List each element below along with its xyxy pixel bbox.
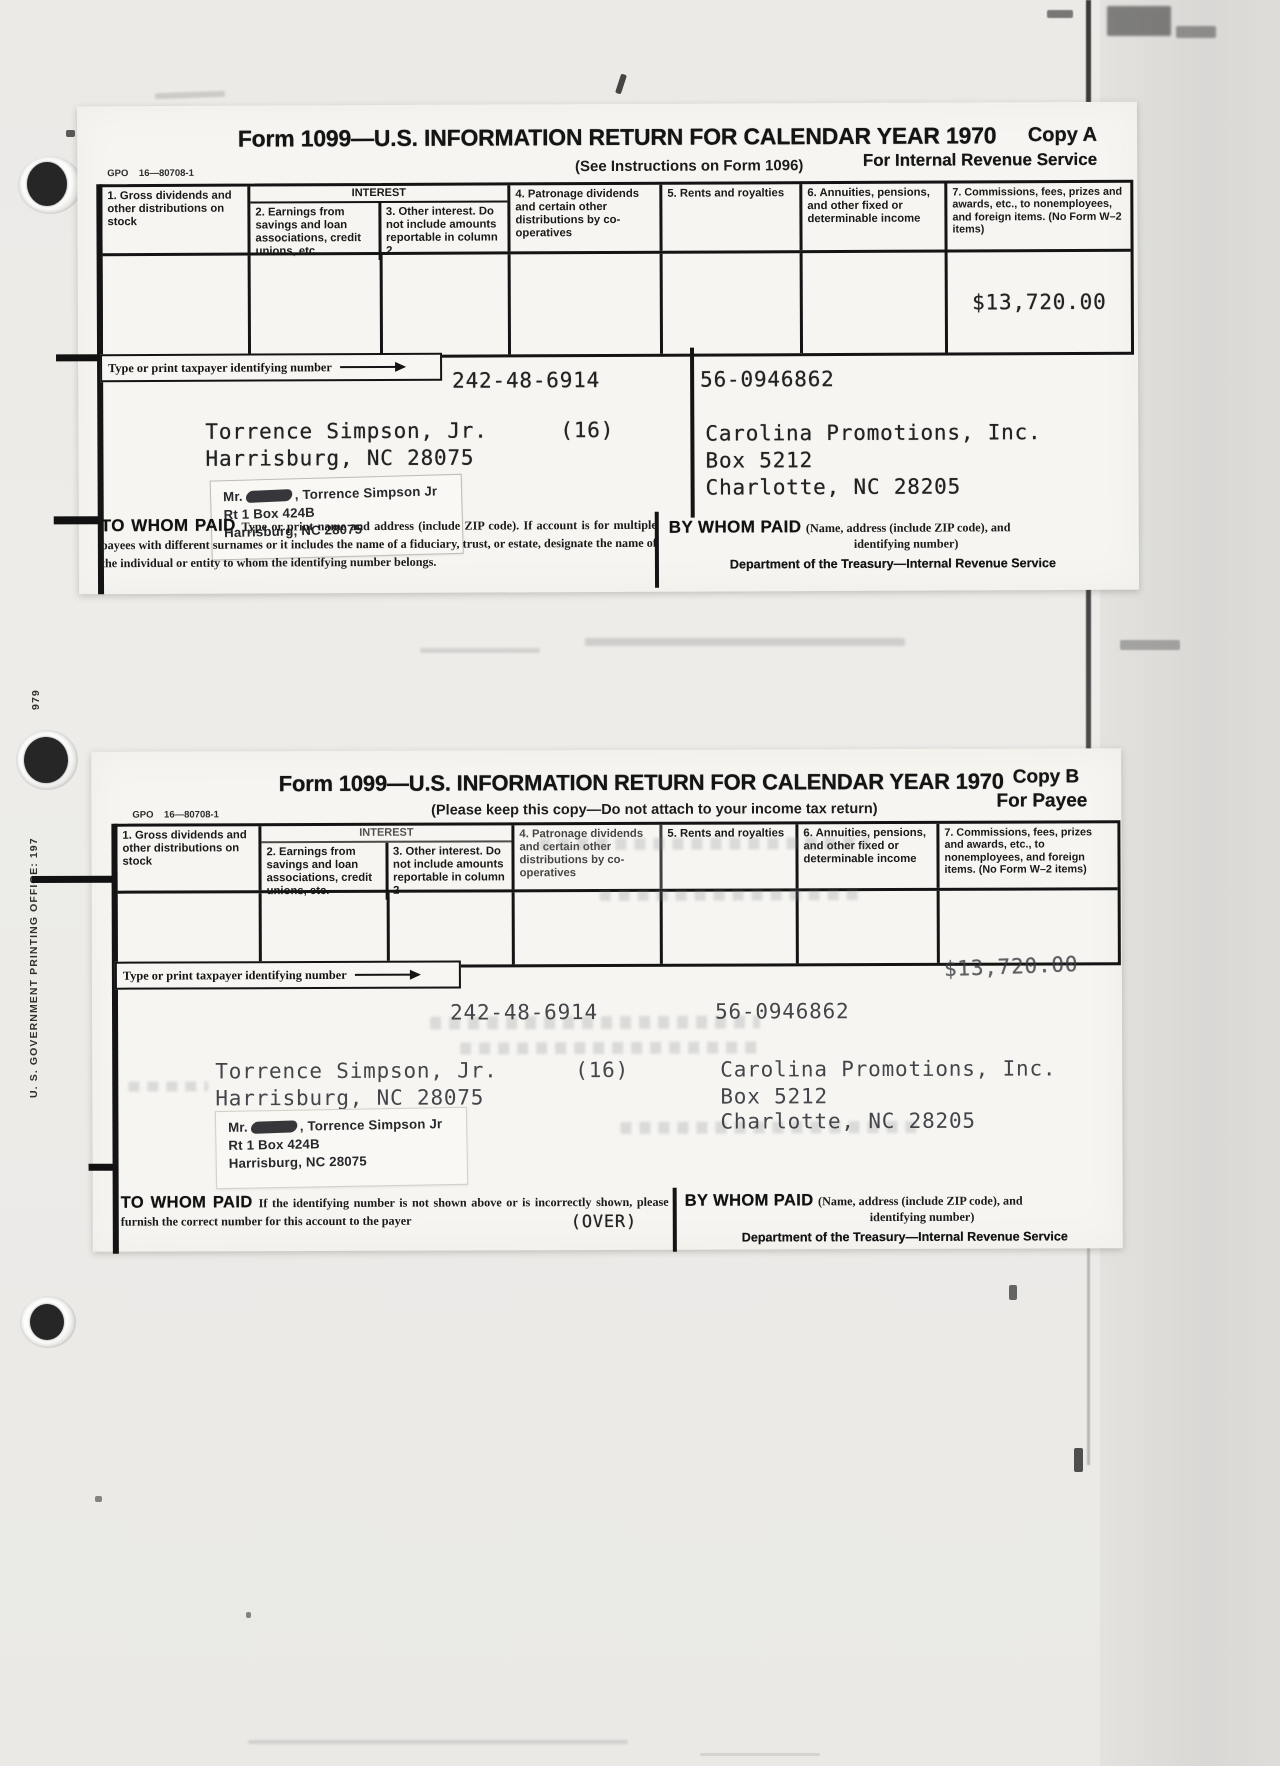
payer-tin: 56-0946862 bbox=[700, 367, 835, 392]
value-cell-5 bbox=[663, 253, 803, 354]
punch-hole bbox=[16, 730, 78, 790]
table-header-row: 1. Gross dividends and other distributio… bbox=[102, 183, 1130, 256]
bleedthrough-text bbox=[460, 1041, 760, 1054]
bleedthrough-text bbox=[600, 889, 860, 901]
interest-group: INTEREST 2. Earnings from savings and lo… bbox=[250, 185, 510, 252]
interest-group-label: INTEREST bbox=[250, 185, 507, 203]
value-cell-5 bbox=[663, 891, 799, 963]
col-gross-dividends: 1. Gross dividends and other distributio… bbox=[102, 187, 250, 254]
col-patronage-dividends: 4. Patronage dividends and certain other… bbox=[510, 185, 662, 252]
col-annuities-pensions: 6. Annuities, pensions, and other fixed … bbox=[802, 184, 947, 251]
bleedthrough-text bbox=[539, 837, 869, 850]
tin-label-box: Type or print taxpayer identifying numbe… bbox=[115, 961, 461, 990]
bleedthrough-text bbox=[128, 1081, 208, 1091]
registration-tick bbox=[89, 1164, 115, 1171]
interest-group-label: INTEREST bbox=[261, 825, 511, 843]
value-cell-1 bbox=[103, 256, 251, 357]
scan-smudge bbox=[1107, 6, 1171, 36]
form-subtitle: (Please keep this copy—Do not attach to … bbox=[374, 801, 934, 819]
tin-label: Type or print taxpayer identifying numbe… bbox=[108, 360, 332, 376]
col-patronage-dividends: 4. Patronage dividends and certain other… bbox=[514, 825, 662, 890]
payer-address: Box 5212 bbox=[705, 448, 813, 472]
scan-smudge bbox=[700, 1753, 820, 1756]
scan-smudge bbox=[420, 648, 540, 653]
col-commissions-fees: 7. Commissions, fees, prizes and awards,… bbox=[947, 183, 1130, 250]
commissions-amount: $13,720.00 bbox=[943, 952, 1078, 981]
payer-address: Box 5212 bbox=[720, 1084, 828, 1108]
copy-label: Copy A bbox=[1028, 124, 1097, 147]
payee-city: Harrisburg, NC 28075 bbox=[205, 446, 474, 471]
footer-divider bbox=[673, 1188, 677, 1252]
form-title: Form 1099—U.S. INFORMATION RETURN FOR CA… bbox=[211, 768, 1071, 797]
scan-speckle bbox=[615, 74, 627, 95]
by-whom-paid-title: BY WHOM PAID bbox=[669, 517, 802, 537]
copy-label: Copy B bbox=[1013, 766, 1080, 788]
form-title: Form 1099—U.S. INFORMATION RETURN FOR CA… bbox=[197, 122, 1037, 153]
scanned-page: 979 U. S. GOVERNMENT PRINTING OFFICE: 19… bbox=[0, 0, 1280, 1766]
scan-smudge bbox=[248, 1740, 628, 1744]
table-header-row: 1. Gross dividends and other distributio… bbox=[117, 823, 1117, 893]
by-whom-paid-note: (Name, address (include ZIP code), and bbox=[806, 520, 1011, 535]
col-savings-earnings: 2. Earnings from savings and loan associ… bbox=[250, 203, 381, 260]
scan-smudge bbox=[1120, 640, 1180, 650]
treasury-department-label: Department of the Treasury—Internal Reve… bbox=[685, 1229, 1125, 1245]
arrow-right-icon bbox=[340, 366, 404, 369]
by-whom-paid-note2: identifying number) bbox=[669, 536, 1117, 553]
col-rents-royalties: 5. Rents and royalties bbox=[662, 184, 802, 251]
gpo-vertical-text: U. S. GOVERNMENT PRINTING OFFICE: 197 bbox=[28, 716, 40, 1098]
commissions-amount: $13,720.00 bbox=[972, 290, 1107, 315]
registration-tick bbox=[56, 354, 100, 361]
by-whom-paid-block: BY WHOM PAID (Name, address (include ZIP… bbox=[669, 516, 1117, 572]
tin-label-box: Type or print taxpayer identifying numbe… bbox=[100, 353, 442, 382]
payer-name: Carolina Promotions, Inc. bbox=[705, 420, 1041, 445]
redaction-mark bbox=[245, 488, 293, 502]
punch-hole-shadow bbox=[27, 162, 67, 206]
scan-speckle bbox=[66, 130, 75, 137]
interest-group: INTEREST 2. Earnings from savings and lo… bbox=[261, 825, 514, 890]
copy-for-label: For Internal Revenue Service bbox=[863, 150, 1097, 171]
treasury-department-label: Department of the Treasury—Internal Reve… bbox=[669, 556, 1117, 572]
value-cell-3 bbox=[390, 892, 515, 964]
gpo-vertical-number: 979 bbox=[30, 676, 42, 710]
tin-label: Type or print taxpayer identifying numbe… bbox=[123, 967, 347, 983]
punch-hole-shadow bbox=[30, 1304, 64, 1340]
value-cell-7: $13,720.00 bbox=[940, 890, 1118, 963]
scan-speckle bbox=[95, 1496, 102, 1502]
value-cell-7: $13,720.00 bbox=[948, 252, 1131, 353]
payee-name: Torrence Simpson, Jr. bbox=[215, 1058, 497, 1083]
value-cell-2 bbox=[262, 893, 390, 965]
payee-code: (16) bbox=[560, 418, 614, 442]
value-cell-4 bbox=[515, 892, 663, 965]
gpo-number: GPO 16—80708-1 bbox=[107, 168, 194, 179]
to-whom-paid-title: TO WHOM PAID bbox=[101, 516, 236, 536]
scan-smudge bbox=[155, 91, 225, 99]
value-cell-4 bbox=[511, 254, 663, 355]
to-whom-paid-title: TO WHOM PAID bbox=[121, 1193, 253, 1211]
value-cell-1 bbox=[118, 893, 262, 966]
gpo-number: GPO 16—80708-1 bbox=[132, 809, 219, 820]
value-cell-6 bbox=[803, 253, 948, 354]
col-other-interest: 3. Other interest. Do not include amount… bbox=[381, 202, 508, 259]
payer-name: Carolina Promotions, Inc. bbox=[720, 1056, 1056, 1081]
punch-hole bbox=[18, 156, 82, 214]
redaction-mark bbox=[250, 1120, 298, 1134]
col-rents-royalties: 5. Rents and royalties bbox=[662, 824, 798, 888]
col-savings-earnings: 2. Earnings from savings and loan associ… bbox=[261, 843, 388, 900]
payee-name: Torrence Simpson, Jr. bbox=[205, 419, 487, 444]
by-whom-paid-block: BY WHOM PAID (Name, address (include ZIP… bbox=[685, 1190, 1125, 1245]
payee-code: (16) bbox=[575, 1058, 629, 1082]
value-cell-6 bbox=[799, 891, 940, 963]
payer-city: Charlotte, NC 28205 bbox=[720, 1109, 976, 1134]
by-whom-paid-title: BY WHOM PAID bbox=[685, 1191, 814, 1209]
payee-tin: 242-48-6914 bbox=[452, 368, 600, 393]
registration-tick bbox=[32, 876, 114, 883]
income-columns-table: 1. Gross dividends and other distributio… bbox=[99, 180, 1134, 360]
scan-speckle bbox=[246, 1612, 251, 1618]
by-whom-paid-note: (Name, address (include ZIP code), and bbox=[818, 1194, 1023, 1209]
col-gross-dividends: 1. Gross dividends and other distributio… bbox=[117, 826, 261, 891]
form-1099-copy-b: Form 1099—U.S. INFORMATION RETURN FOR CA… bbox=[91, 748, 1123, 1252]
to-whom-paid-block: TO WHOM PAID Type or print name and addr… bbox=[101, 514, 657, 572]
col-commissions-fees: 7. Commissions, fees, prizes and awards,… bbox=[939, 823, 1117, 888]
payer-city: Charlotte, NC 28205 bbox=[706, 474, 962, 499]
form-1099-copy-a: Form 1099—U.S. INFORMATION RETURN FOR CA… bbox=[77, 102, 1139, 595]
address-sticker: Mr., Torrence Simpson Jr Rt 1 Box 424B H… bbox=[215, 1107, 468, 1189]
footer-divider bbox=[655, 512, 659, 588]
value-cell-3 bbox=[383, 254, 511, 355]
registration-tick bbox=[54, 516, 102, 524]
copy-for-label: For Payee bbox=[996, 790, 1087, 812]
scan-smudge bbox=[585, 638, 905, 646]
col-other-interest: 3. Other interest. Do not include amount… bbox=[388, 842, 512, 899]
scan-speckle bbox=[1009, 1285, 1017, 1300]
scan-speckle bbox=[1047, 10, 1073, 18]
table-value-row: $13,720.00 bbox=[118, 890, 1118, 965]
punch-hole bbox=[20, 1296, 76, 1348]
sticker-line3: Harrisburg, NC 28075 bbox=[229, 1151, 467, 1173]
value-cell-2 bbox=[251, 255, 383, 356]
payer-tin: 56-0946862 bbox=[715, 999, 850, 1023]
payee-tin: 242-48-6914 bbox=[450, 1000, 598, 1025]
scan-smudge bbox=[1176, 26, 1216, 38]
scan-speckle bbox=[1074, 1448, 1083, 1472]
payer-section-divider bbox=[690, 348, 695, 518]
col-annuities-pensions: 6. Annuities, pensions, and other fixed … bbox=[798, 824, 939, 888]
over-label: (OVER) bbox=[571, 1212, 637, 1232]
by-whom-paid-note2: identifying number) bbox=[685, 1209, 1125, 1226]
table-value-row: $13,720.00 bbox=[103, 252, 1131, 356]
arrow-right-icon bbox=[355, 973, 419, 976]
